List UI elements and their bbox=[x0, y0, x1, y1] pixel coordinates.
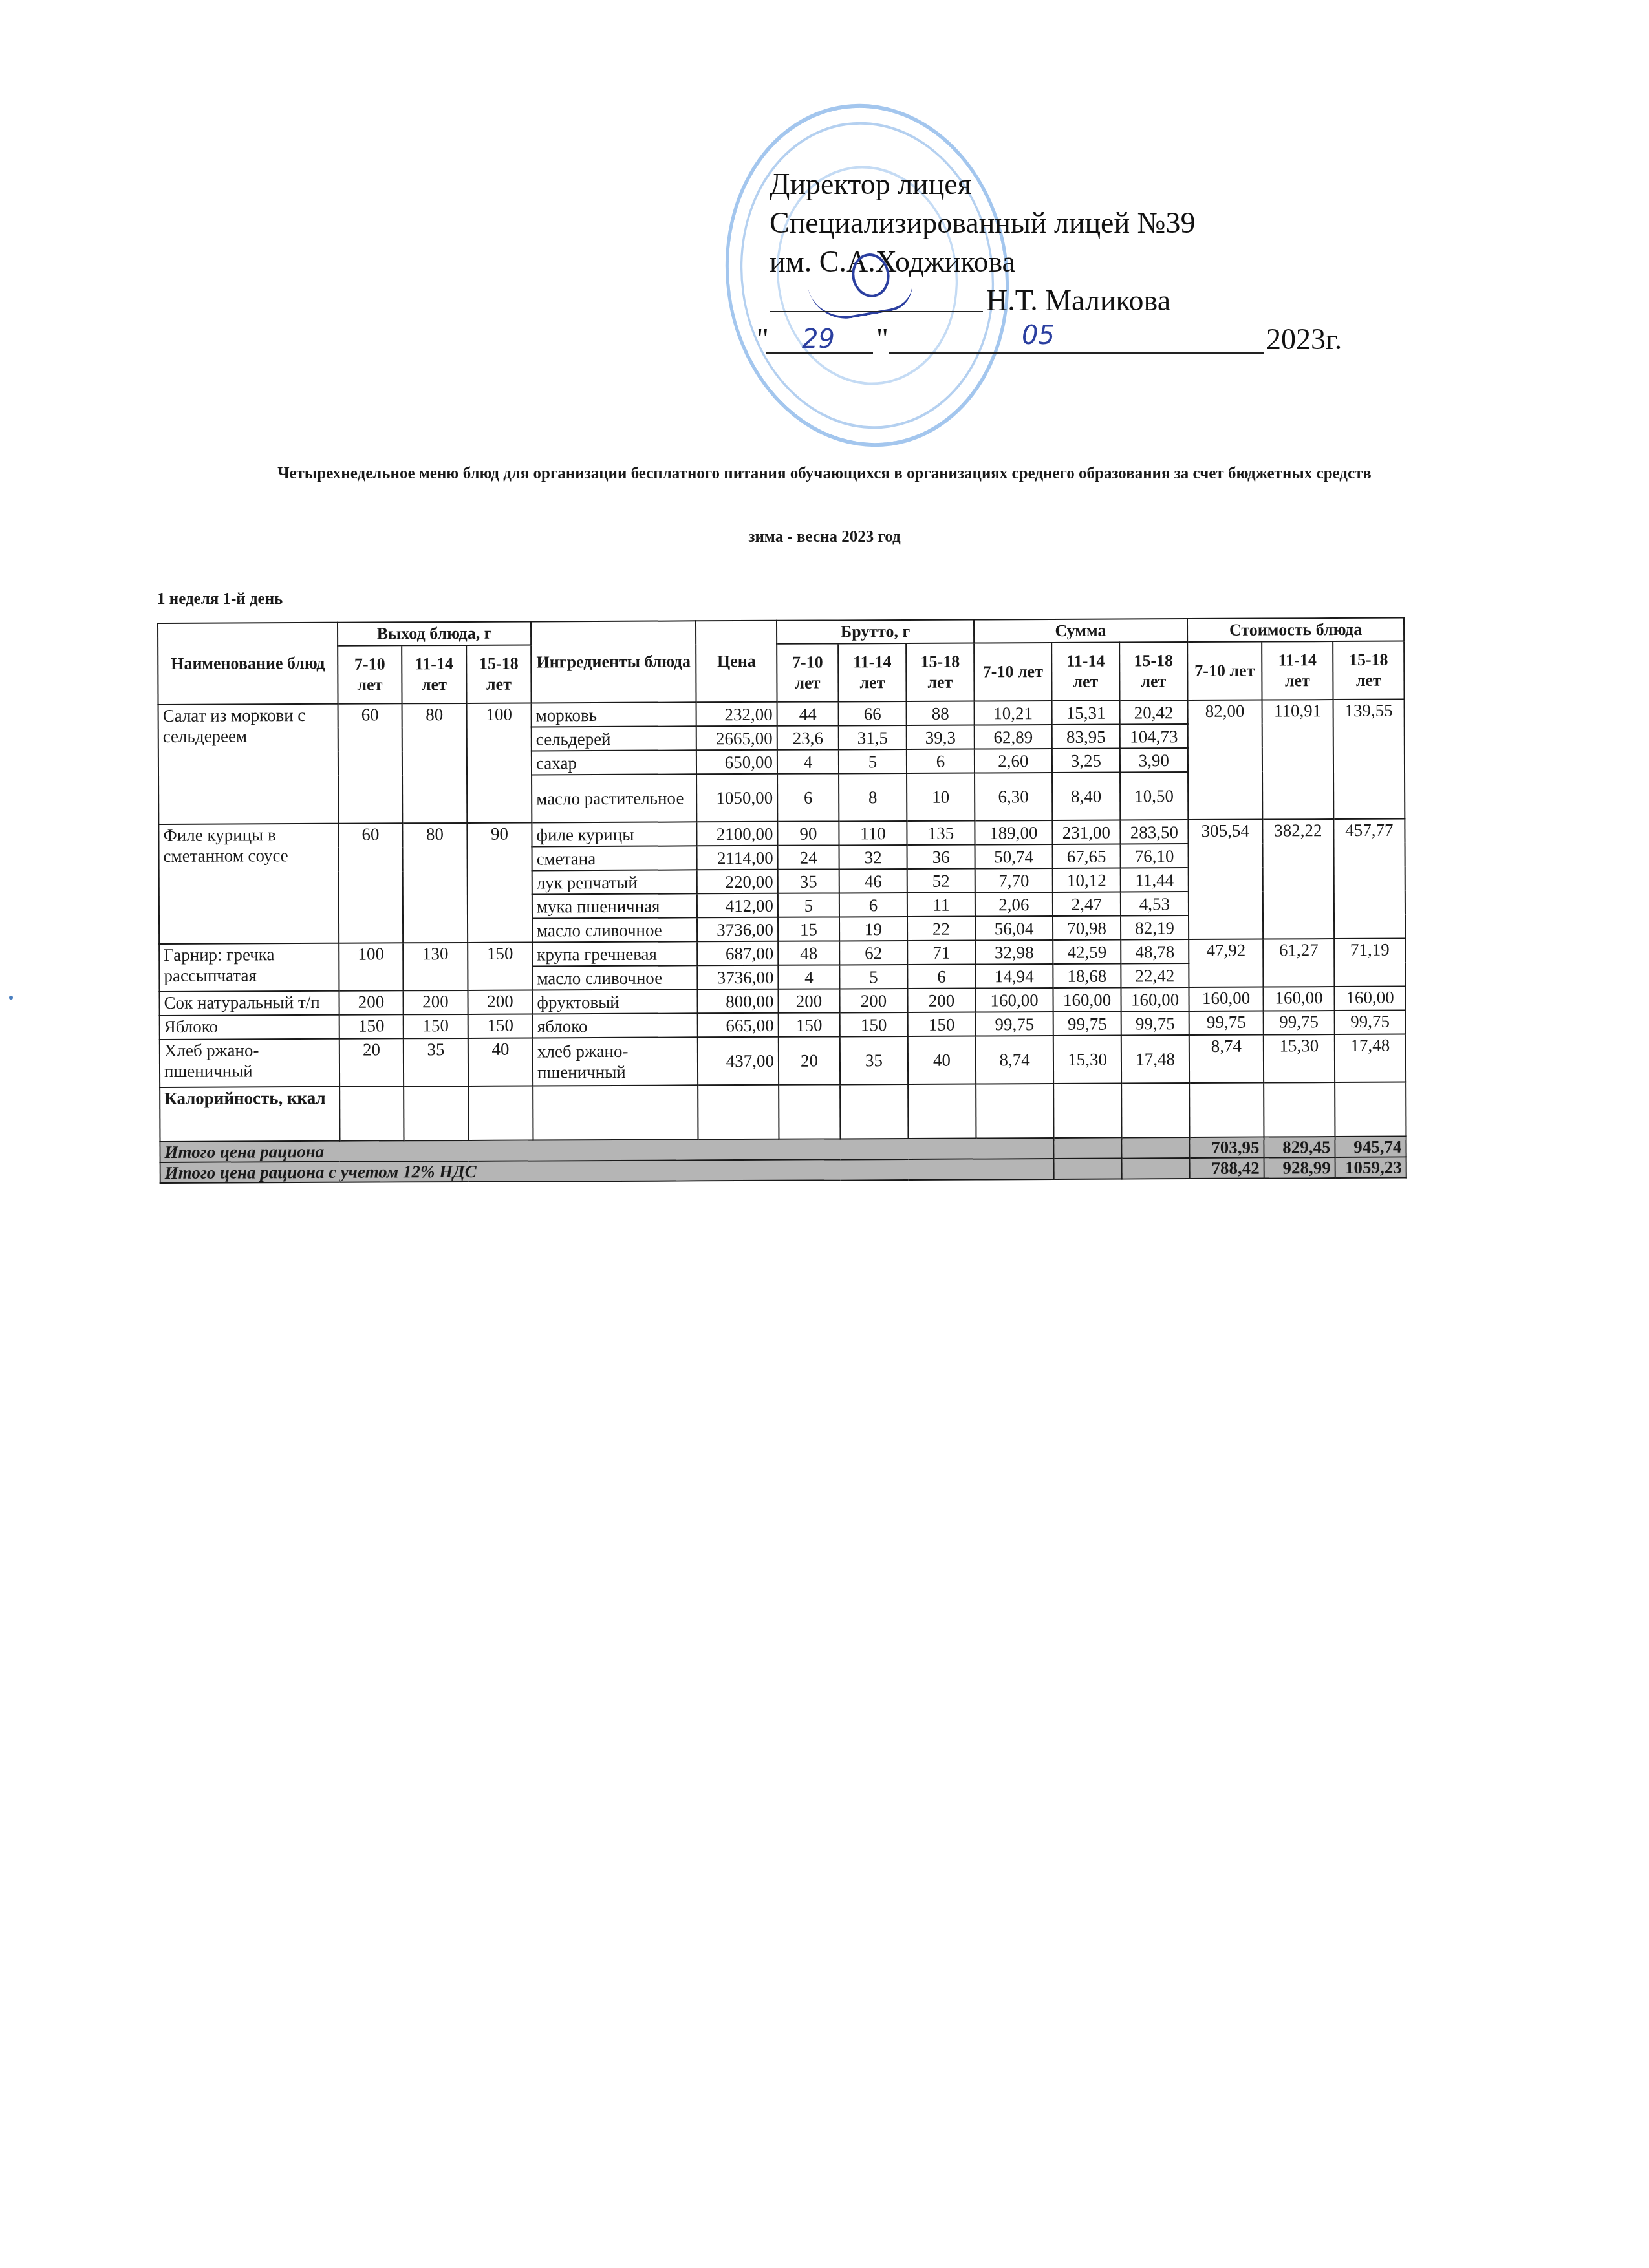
ingredient-sum: 99,75 bbox=[976, 1012, 1053, 1036]
dish-cost: 382,22 bbox=[1262, 819, 1334, 939]
quote-mark: " bbox=[876, 320, 889, 359]
dish-cost: 457,77 bbox=[1333, 819, 1405, 939]
total-value: 703,95 bbox=[1189, 1137, 1264, 1159]
dish-yield: 200 bbox=[468, 990, 532, 1014]
ingredient-sum: 8,40 bbox=[1052, 773, 1120, 820]
total-value: 788,42 bbox=[1190, 1158, 1264, 1179]
ingredient-gross: 6 bbox=[839, 893, 907, 917]
header-age-11-14: 11-14 лет bbox=[1262, 641, 1333, 700]
ingredient-gross: 24 bbox=[778, 845, 839, 869]
ingredient-gross: 200 bbox=[778, 989, 839, 1012]
ingredient-sum: 20,42 bbox=[1120, 700, 1188, 724]
ingredient-price: 2114,00 bbox=[697, 846, 778, 870]
signature-row: Н.Т. Маликова bbox=[770, 281, 1196, 320]
ingredient-sum: 32,98 bbox=[975, 940, 1053, 965]
ingredient-sum: 67,65 bbox=[1053, 844, 1121, 868]
empty-cell bbox=[1264, 1082, 1335, 1137]
scan-speck bbox=[9, 996, 13, 1000]
ingredient-gross: 20 bbox=[779, 1036, 840, 1084]
empty-cell bbox=[1122, 1158, 1190, 1179]
ingredient-sum: 56,04 bbox=[975, 916, 1053, 941]
dish-yield: 150 bbox=[404, 1014, 468, 1038]
ingredient-sum: 99,75 bbox=[1121, 1011, 1189, 1035]
ingredient-gross: 4 bbox=[778, 965, 839, 989]
dish-name: Салат из моркови с сельдереем bbox=[158, 704, 339, 824]
ingredient-sum: 231,00 bbox=[1052, 820, 1120, 844]
ingredient-gross: 35 bbox=[778, 869, 839, 893]
table-row: Филе курицы в сметанном соусе608090филе … bbox=[158, 819, 1405, 848]
approval-block: Директор лицея Специализированный лицей … bbox=[770, 165, 1196, 365]
dish-cost: 99,75 bbox=[1264, 1011, 1335, 1034]
ingredient-gross: 5 bbox=[839, 965, 907, 989]
ingredient-gross: 88 bbox=[907, 701, 975, 725]
dish-yield: 100 bbox=[339, 943, 403, 990]
ingredient-sum: 11,44 bbox=[1121, 868, 1189, 892]
header-gross: Брутто, г bbox=[777, 619, 974, 643]
ingredient-price: 2665,00 bbox=[696, 726, 777, 751]
ingredient-sum: 160,00 bbox=[975, 988, 1053, 1012]
ingredient-sum: 283,50 bbox=[1120, 820, 1188, 844]
ingredient-gross: 90 bbox=[777, 821, 839, 845]
dish-cost: 305,54 bbox=[1188, 820, 1263, 940]
dish-yield: 200 bbox=[339, 990, 403, 1014]
dish-cost: 160,00 bbox=[1334, 987, 1405, 1011]
dish-yield: 20 bbox=[339, 1038, 404, 1086]
ingredient-sum: 3,25 bbox=[1052, 749, 1120, 773]
ingredient-sum: 14,94 bbox=[975, 964, 1053, 989]
dish-yield: 100 bbox=[467, 703, 532, 822]
signature-line bbox=[770, 311, 983, 312]
ingredient-name: яблоко bbox=[533, 1013, 698, 1038]
empty-cell bbox=[976, 1084, 1053, 1139]
header-age-15-18: 15-18 лет bbox=[466, 645, 531, 703]
ingredient-sum: 160,00 bbox=[1053, 988, 1121, 1012]
ingredient-gross: 39,3 bbox=[907, 725, 975, 749]
ingredient-sum: 82,19 bbox=[1121, 915, 1189, 939]
ingredient-gross: 71 bbox=[907, 940, 975, 964]
ingredient-sum: 99,75 bbox=[1053, 1012, 1121, 1036]
dish-yield: 200 bbox=[403, 990, 468, 1014]
empty-cell bbox=[533, 1085, 698, 1140]
header-sum: Сумма bbox=[974, 619, 1187, 643]
calories-label: Калорийность, ккал bbox=[160, 1087, 339, 1142]
total-label: Итого цена рациона с учетом 12% НДС bbox=[160, 1159, 1054, 1183]
dish-cost: 160,00 bbox=[1263, 987, 1334, 1011]
ingredient-gross: 5 bbox=[778, 893, 839, 917]
ingredient-name: крупа гречневая bbox=[532, 941, 697, 966]
ingredient-sum: 189,00 bbox=[975, 820, 1052, 845]
ingredient-name: сельдерей bbox=[532, 726, 696, 751]
ingredient-gross: 10 bbox=[907, 773, 975, 820]
ingredient-sum: 104,73 bbox=[1120, 724, 1188, 748]
ingredient-sum: 4,53 bbox=[1121, 892, 1189, 915]
month-underline bbox=[889, 352, 1264, 354]
dish-yield: 80 bbox=[402, 823, 468, 943]
ingredient-sum: 7,70 bbox=[975, 868, 1053, 893]
ingredient-gross: 52 bbox=[907, 868, 975, 892]
menu-table: Наименование блюд Выход блюда, г Ингреди… bbox=[157, 617, 1407, 1184]
header-yield: Выход блюда, г bbox=[338, 621, 531, 645]
approval-date: " 29 " 05 2023г. bbox=[770, 320, 1196, 365]
header-age-11-14: 11-14 лет bbox=[1051, 643, 1119, 701]
date-year: 2023г. bbox=[1266, 320, 1342, 359]
ingredient-sum: 3,90 bbox=[1120, 748, 1188, 772]
ingredient-gross: 110 bbox=[839, 821, 907, 845]
ingredient-price: 3736,00 bbox=[697, 917, 778, 942]
ingredient-price: 3736,00 bbox=[697, 965, 778, 990]
ingredient-sum: 6,30 bbox=[975, 773, 1052, 821]
ingredient-gross: 23,6 bbox=[777, 725, 839, 749]
ingredient-name: сметана bbox=[532, 846, 697, 870]
ingredient-gross: 6 bbox=[907, 964, 975, 988]
dish-yield: 150 bbox=[468, 942, 532, 990]
ingredient-sum: 160,00 bbox=[1121, 987, 1189, 1011]
ingredient-gross: 36 bbox=[907, 844, 975, 868]
header-age-7-10: 7-10 лет bbox=[338, 645, 402, 703]
ingredient-gross: 150 bbox=[840, 1012, 908, 1036]
empty-cell bbox=[1121, 1083, 1189, 1137]
ingredient-sum: 2,06 bbox=[975, 892, 1053, 917]
table-row: Гарнир: гречка рассыпчатая100130150крупа… bbox=[159, 939, 1405, 968]
ingredient-gross: 44 bbox=[777, 701, 839, 725]
header-dish-name: Наименование блюд bbox=[158, 623, 338, 705]
table-row: Хлеб ржано-пшеничный203540хлеб ржано-пше… bbox=[160, 1034, 1406, 1087]
header-age-15-18: 15-18 лет bbox=[1333, 641, 1404, 700]
ingredient-sum: 22,42 bbox=[1121, 963, 1189, 987]
dish-yield: 150 bbox=[468, 1014, 533, 1038]
dish-yield: 130 bbox=[403, 943, 468, 990]
header-age-15-18: 15-18 лет bbox=[906, 643, 974, 701]
total-value: 1059,23 bbox=[1335, 1157, 1406, 1178]
ingredient-gross: 22 bbox=[907, 916, 975, 940]
ingredient-gross: 4 bbox=[777, 749, 839, 773]
empty-cell bbox=[1054, 1158, 1122, 1179]
ingredient-sum: 50,74 bbox=[975, 844, 1053, 869]
ingredient-price: 437,00 bbox=[698, 1037, 779, 1086]
ingredient-price: 800,00 bbox=[697, 989, 778, 1014]
empty-cell bbox=[1053, 1084, 1121, 1138]
dish-cost: 99,75 bbox=[1189, 1011, 1264, 1036]
ingredient-name: мука пшеничная bbox=[532, 893, 697, 918]
ingredient-gross: 19 bbox=[839, 917, 907, 941]
ingredient-name: сахар bbox=[532, 750, 696, 775]
empty-cell bbox=[468, 1086, 533, 1140]
menu-table-body: Салат из моркови с сельдереем6080100морк… bbox=[158, 700, 1406, 1183]
dish-cost: 99,75 bbox=[1335, 1011, 1406, 1034]
empty-cell bbox=[908, 1084, 976, 1138]
ingredient-sum: 18,68 bbox=[1053, 964, 1121, 988]
ingredient-price: 220,00 bbox=[697, 870, 778, 894]
dish-cost: 15,30 bbox=[1264, 1034, 1335, 1082]
empty-cell bbox=[1189, 1083, 1264, 1138]
dish-yield: 35 bbox=[404, 1038, 468, 1086]
ingredient-gross: 150 bbox=[908, 1012, 976, 1036]
ingredient-price: 232,00 bbox=[696, 702, 777, 727]
dish-yield: 60 bbox=[338, 703, 403, 823]
header-age-11-14: 11-14 лет bbox=[838, 643, 906, 701]
ingredient-price: 665,00 bbox=[698, 1013, 779, 1038]
document-season: зима - весна 2023 год bbox=[168, 527, 1481, 548]
empty-cell bbox=[404, 1086, 468, 1140]
total-value: 829,45 bbox=[1264, 1137, 1335, 1157]
dish-cost: 8,74 bbox=[1189, 1035, 1264, 1084]
ingredient-sum: 42,59 bbox=[1053, 940, 1121, 964]
approval-organization: Специализированный лицей №39 bbox=[770, 204, 1196, 242]
header-cost: Стоимость блюда bbox=[1187, 618, 1404, 642]
signatory-name: Н.Т. Маликова bbox=[986, 281, 1170, 320]
date-month: 05 bbox=[1022, 316, 1055, 355]
header-age-7-10: 7-10 лет bbox=[1187, 642, 1262, 701]
empty-cell bbox=[1335, 1082, 1406, 1137]
ingredient-name: лук репчатый bbox=[532, 870, 697, 894]
document-title: Четырехнедельное меню блюд для организац… bbox=[168, 464, 1481, 484]
ingredient-sum: 10,50 bbox=[1120, 772, 1188, 820]
ingredient-gross: 15 bbox=[778, 917, 839, 941]
empty-cell bbox=[698, 1085, 779, 1140]
ingredient-price: 687,00 bbox=[697, 941, 778, 966]
dish-yield: 40 bbox=[468, 1038, 533, 1086]
header-age-15-18: 15-18 лет bbox=[1119, 642, 1187, 700]
ingredient-name: фруктовый bbox=[532, 989, 697, 1014]
table-row: Салат из моркови с сельдереем6080100морк… bbox=[158, 700, 1405, 729]
ingredient-gross: 6 bbox=[777, 773, 839, 821]
ingredient-sum: 2,47 bbox=[1053, 892, 1121, 916]
total-value: 928,99 bbox=[1264, 1157, 1335, 1178]
ingredient-gross: 200 bbox=[907, 988, 975, 1012]
ingredient-gross: 8 bbox=[839, 773, 907, 821]
empty-cell bbox=[1121, 1137, 1189, 1158]
ingredient-gross: 46 bbox=[839, 869, 907, 893]
dish-name: Хлеб ржано-пшеничный bbox=[160, 1039, 339, 1087]
dish-name: Сок натуральный т/п bbox=[159, 991, 339, 1016]
ingredient-name: масло сливочное bbox=[532, 965, 697, 990]
dish-name: Филе курицы в сметанном соусе bbox=[158, 824, 339, 944]
ingredient-name: масло сливочное bbox=[532, 917, 697, 942]
header-age-11-14: 11-14 лет bbox=[402, 645, 466, 703]
ingredient-sum: 17,48 bbox=[1121, 1035, 1189, 1083]
ingredient-name: морковь bbox=[532, 702, 696, 727]
ingredient-gross: 6 bbox=[907, 749, 975, 773]
ingredient-gross: 66 bbox=[839, 701, 907, 725]
dish-cost: 82,00 bbox=[1188, 700, 1263, 820]
calories-row: Калорийность, ккал bbox=[160, 1082, 1406, 1142]
empty-cell bbox=[339, 1086, 404, 1140]
ingredient-name: хлеб ржано-пшеничный bbox=[533, 1037, 698, 1086]
approval-position: Директор лицея bbox=[770, 165, 1196, 204]
ingredient-sum: 62,89 bbox=[975, 725, 1052, 749]
header-ingredients: Ингредиенты блюда bbox=[531, 621, 696, 703]
ingredient-price: 650,00 bbox=[696, 750, 777, 775]
empty-cell bbox=[1053, 1137, 1121, 1158]
header-age-7-10: 7-10 лет bbox=[974, 643, 1051, 701]
ingredient-sum: 2,60 bbox=[975, 749, 1052, 773]
ingredient-sum: 15,31 bbox=[1052, 701, 1120, 725]
ingredient-gross: 5 bbox=[839, 749, 907, 773]
dish-cost: 139,55 bbox=[1333, 700, 1405, 819]
ingredient-sum: 10,12 bbox=[1053, 868, 1121, 892]
ingredient-gross: 135 bbox=[907, 820, 975, 844]
total-value: 945,74 bbox=[1335, 1137, 1406, 1157]
header-age-7-10: 7-10 лет bbox=[777, 643, 838, 701]
ingredient-sum: 70,98 bbox=[1053, 916, 1121, 940]
ingredient-sum: 8,74 bbox=[976, 1036, 1053, 1084]
dish-yield: 80 bbox=[402, 703, 468, 823]
date-day: 29 bbox=[802, 320, 835, 359]
ingredient-price: 2100,00 bbox=[696, 822, 777, 846]
ingredient-gross: 32 bbox=[839, 845, 907, 869]
ingredient-name: масло растительное bbox=[532, 774, 696, 822]
dish-name: Яблоко bbox=[160, 1015, 339, 1040]
ingredient-gross: 31,5 bbox=[839, 725, 907, 749]
ingredient-gross: 200 bbox=[839, 989, 907, 1012]
dish-yield: 90 bbox=[467, 822, 532, 942]
ingredient-gross: 11 bbox=[907, 892, 975, 916]
dish-yield: 60 bbox=[338, 823, 403, 943]
ingredient-gross: 40 bbox=[908, 1036, 976, 1084]
ingredient-sum: 10,21 bbox=[975, 701, 1052, 725]
ingredient-gross: 35 bbox=[840, 1036, 908, 1084]
week-day-label: 1 неделя 1-й день bbox=[157, 590, 283, 608]
empty-cell bbox=[779, 1084, 840, 1139]
ingredient-gross: 48 bbox=[778, 941, 839, 965]
dish-cost: 17,48 bbox=[1335, 1034, 1406, 1082]
ingredient-sum: 48,78 bbox=[1121, 939, 1189, 963]
dish-yield: 150 bbox=[339, 1014, 404, 1038]
ingredient-sum: 83,95 bbox=[1052, 725, 1120, 749]
header-price: Цена bbox=[696, 621, 777, 703]
empty-cell bbox=[840, 1084, 908, 1139]
ingredient-gross: 62 bbox=[839, 941, 907, 965]
ingredient-sum: 76,10 bbox=[1121, 844, 1189, 868]
ingredient-sum: 15,30 bbox=[1053, 1036, 1121, 1084]
dish-cost: 47,92 bbox=[1189, 939, 1263, 988]
dish-cost: 71,19 bbox=[1334, 939, 1405, 987]
dish-cost: 61,27 bbox=[1263, 939, 1334, 987]
ingredient-price: 1050,00 bbox=[696, 774, 777, 822]
ingredient-gross: 150 bbox=[779, 1012, 840, 1036]
ingredient-name: филе курицы bbox=[532, 822, 696, 846]
dish-name: Гарнир: гречка рассыпчатая bbox=[159, 943, 339, 992]
dish-cost: 160,00 bbox=[1189, 987, 1263, 1012]
ingredient-price: 412,00 bbox=[697, 893, 778, 918]
dish-cost: 110,91 bbox=[1262, 700, 1334, 819]
